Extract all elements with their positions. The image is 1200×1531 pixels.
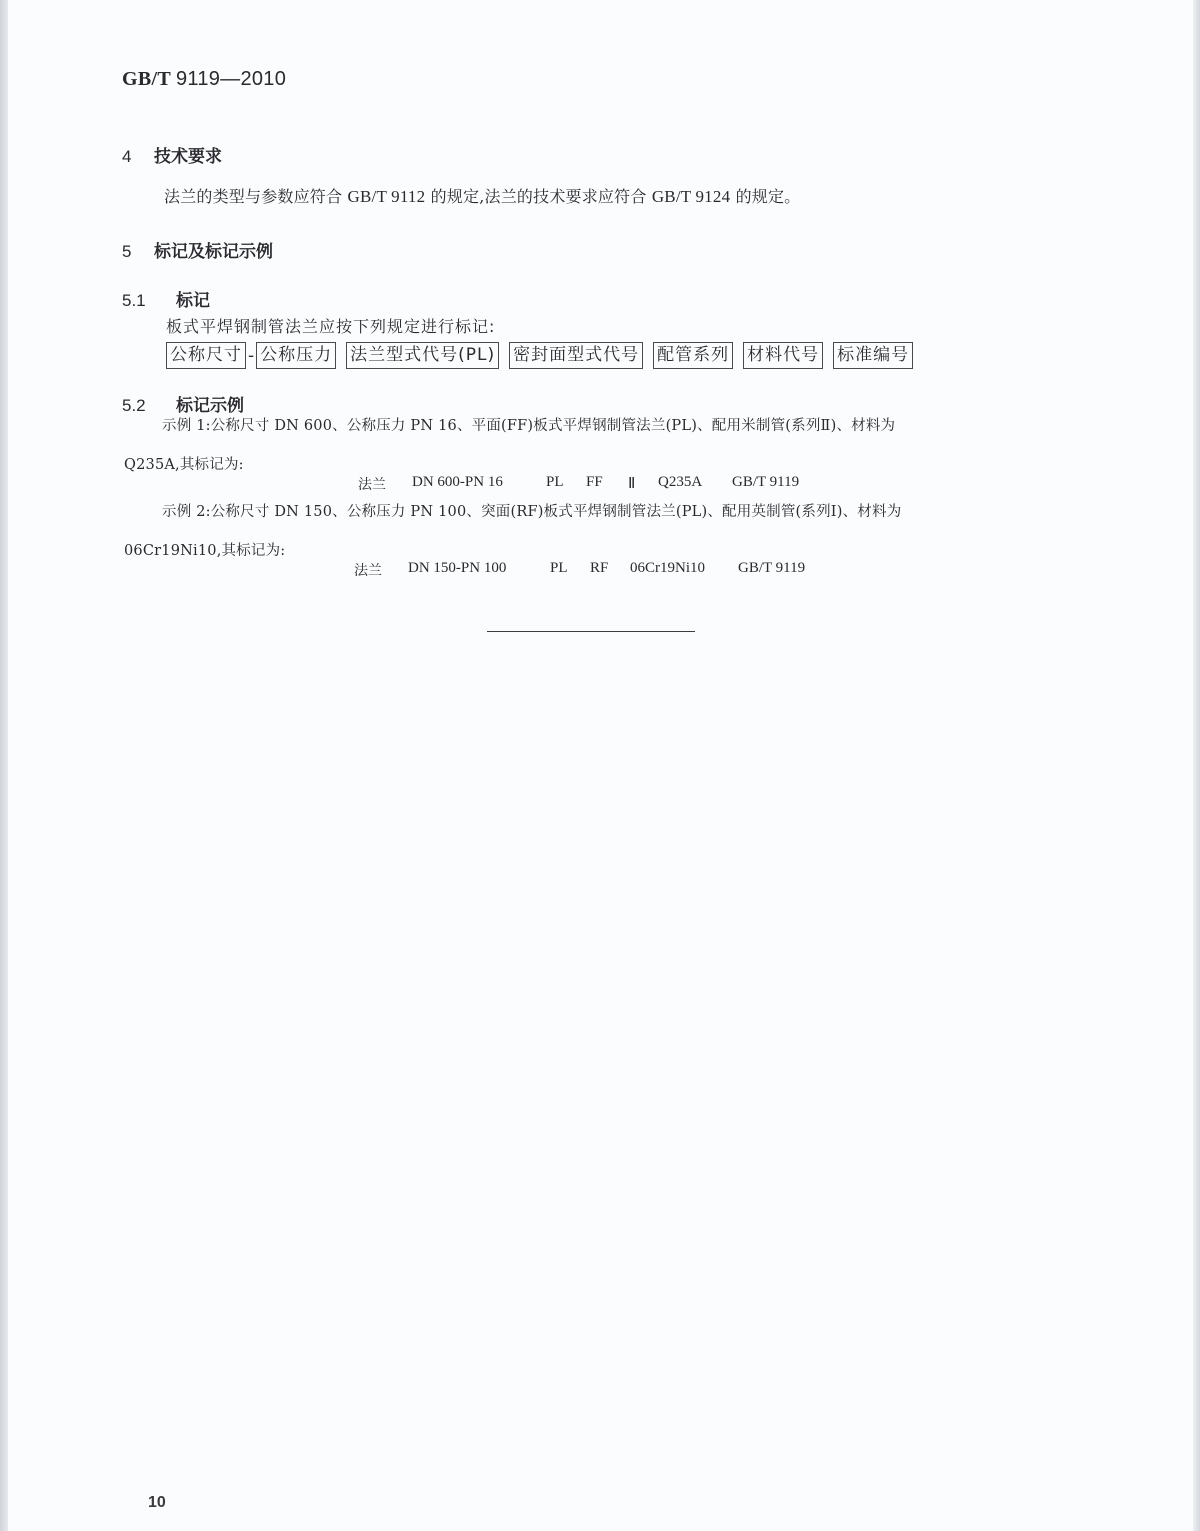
section-4-heading: 4技术要求 — [122, 142, 222, 167]
example-1-designation: 法兰 DN 600-PN 16 PL FF Ⅱ Q235A GB/T 9119 — [358, 474, 799, 494]
section-number: 4 — [122, 147, 154, 167]
example-2-line-2: 06Cr19Ni10,其标记为: — [124, 539, 285, 560]
standard-header: GB/T 9119—2010 — [122, 68, 286, 91]
example-1-line-2: Q235A,其标记为: — [124, 453, 244, 474]
body-text: 法兰的类型与参数应符合 — [164, 187, 348, 206]
designation-part: 法兰 — [354, 560, 408, 580]
marking-box-standard: 标准编号 — [833, 342, 913, 369]
scan-edge-right — [1193, 0, 1200, 1531]
designation-part: DN 150-PN 100 — [408, 560, 550, 580]
marking-intro: 板式平焊钢制管法兰应按下列规定进行标记: — [166, 314, 495, 337]
designation-part: PL — [546, 474, 586, 494]
section-5-1-heading: 5.1标记 — [122, 286, 210, 311]
marking-box-facing-type: 密封面型式代号 — [509, 342, 643, 369]
example-1-line-1: 示例 1:公称尺寸 DN 600、公称压力 PN 16、平面(FF)板式平焊钢制… — [162, 414, 895, 435]
end-of-document-rule — [487, 631, 695, 632]
standard-prefix: GB/T — [122, 68, 171, 90]
designation-part: Ⅱ — [628, 474, 658, 494]
section-number: 5.1 — [122, 291, 176, 311]
section-title: 标记 — [176, 291, 210, 311]
section-number: 5.2 — [122, 396, 176, 416]
section-5-heading: 5标记及标记示例 — [122, 237, 273, 262]
designation-part: RF — [590, 560, 630, 580]
designation-part: Q235A — [658, 474, 732, 494]
reference-standard: GB/T 9112 — [348, 187, 426, 206]
marking-box-nominal-size: 公称尺寸 — [166, 342, 246, 369]
marking-box-flange-type: 法兰型式代号(PL) — [346, 342, 499, 369]
designation-part: FF — [586, 474, 628, 494]
marking-box-material: 材料代号 — [743, 342, 823, 369]
designation-part: GB/T 9119 — [738, 560, 805, 580]
designation-part: DN 600-PN 16 — [412, 474, 546, 494]
body-text: 的规定,法兰的技术要求应符合 — [425, 187, 651, 206]
standard-number: 9119—2010 — [176, 68, 286, 90]
example-2-designation: 法兰 DN 150-PN 100 PL RF 06Cr19Ni10 GB/T 9… — [354, 560, 805, 580]
reference-standard: GB/T 9124 — [652, 187, 730, 206]
section-title: 标记及标记示例 — [154, 242, 273, 262]
section-4-body: 法兰的类型与参数应符合 GB/T 9112 的规定,法兰的技术要求应符合 GB/… — [164, 184, 800, 207]
marking-box-pipe-series: 配管系列 — [653, 342, 733, 369]
body-text: 的规定。 — [730, 187, 800, 206]
section-5-2-heading: 5.2标记示例 — [122, 391, 244, 416]
section-number: 5 — [122, 242, 154, 262]
designation-part: GB/T 9119 — [732, 474, 799, 494]
marking-format: 公称尺寸 - 公称压力 法兰型式代号(PL) 密封面型式代号 配管系列 材料代号… — [166, 342, 913, 369]
section-title: 标记示例 — [176, 396, 244, 416]
marking-box-nominal-pressure: 公称压力 — [256, 342, 336, 369]
scan-edge-left — [0, 0, 8, 1531]
designation-part: 法兰 — [358, 474, 412, 494]
designation-part: 06Cr19Ni10 — [630, 560, 738, 580]
designation-part: PL — [550, 560, 590, 580]
marking-separator: - — [248, 346, 254, 366]
section-title: 技术要求 — [154, 147, 222, 167]
page-number: 10 — [148, 1494, 166, 1512]
example-2-line-1: 示例 2:公称尺寸 DN 150、公称压力 PN 100、突面(RF)板式平焊钢… — [162, 500, 901, 521]
